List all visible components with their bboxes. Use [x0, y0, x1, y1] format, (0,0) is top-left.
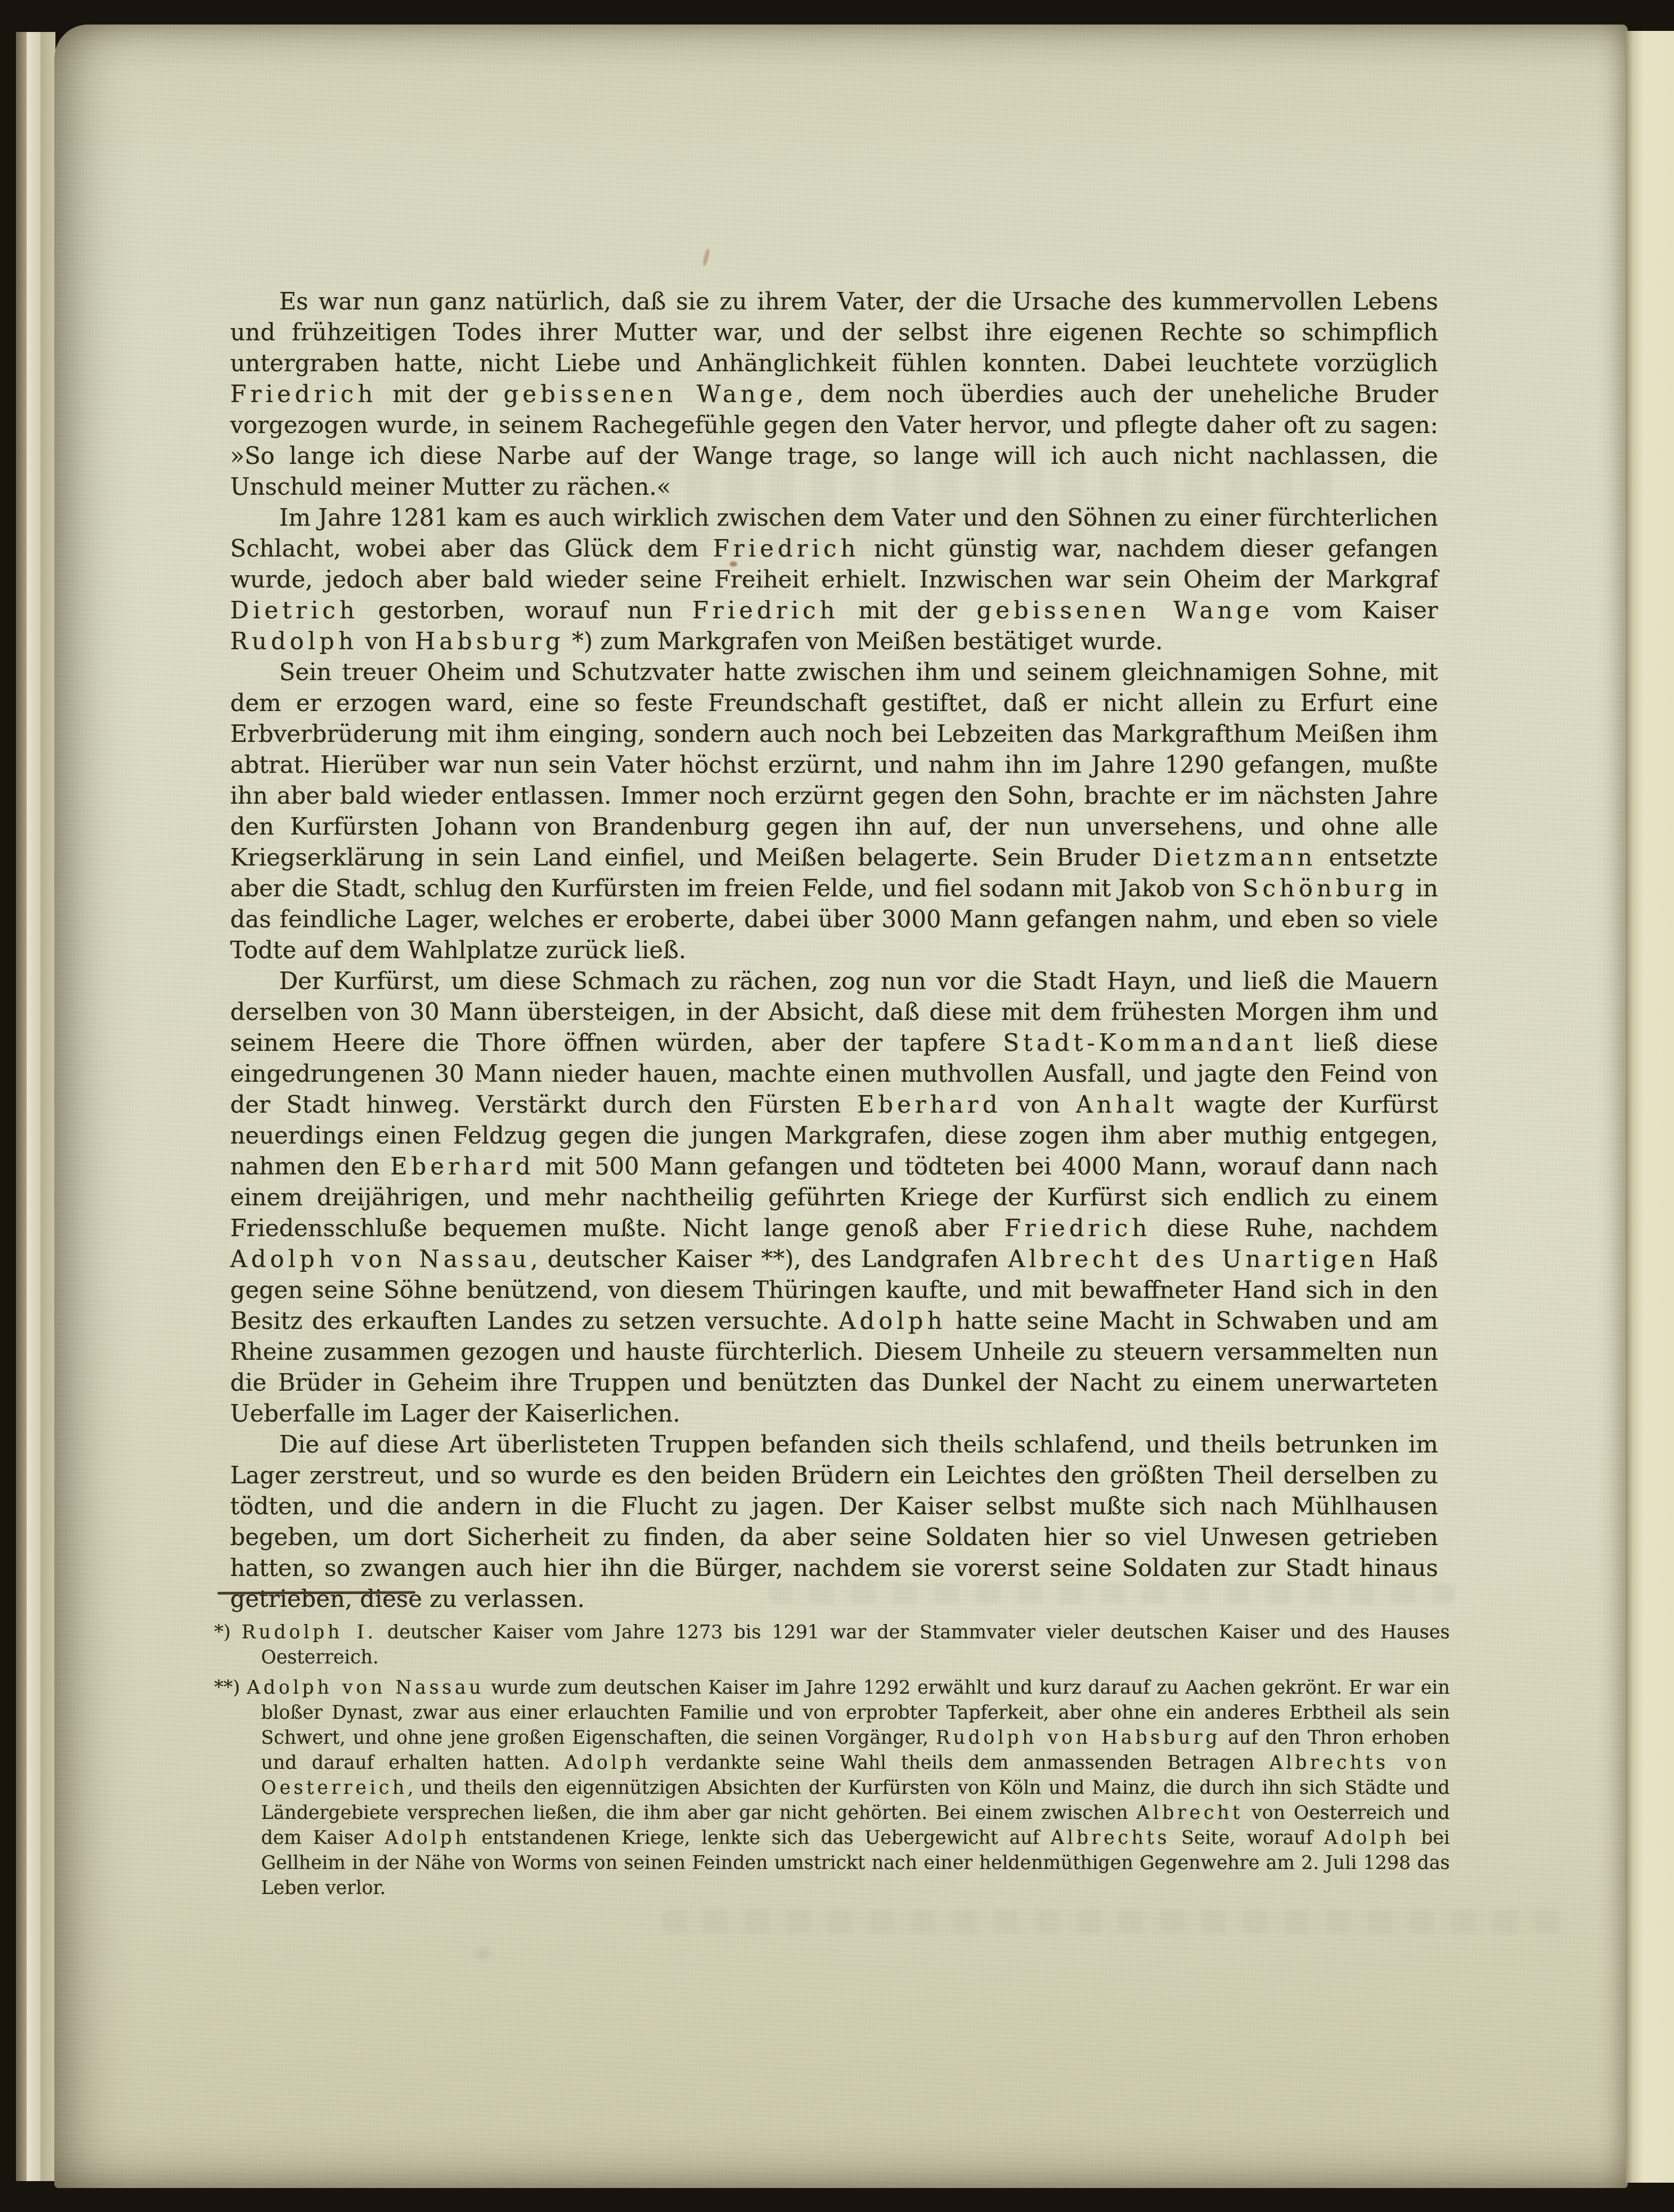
spaced-proper-name: Habsburg	[415, 628, 565, 655]
text-run: verdankte seine Wahl theils dem anmassen…	[650, 1752, 1269, 1774]
spaced-proper-name: Adolph	[839, 1308, 946, 1335]
book-scan: { "colors":{ "background":"#18130c", "pa…	[0, 0, 1674, 2212]
text-run: deutscher Kaiser vom Jahre 1273 bis 1291…	[261, 1622, 1450, 1668]
paper-speck	[702, 248, 711, 267]
footnote-marker: *)	[214, 1622, 241, 1643]
body-paragraph: Sein treuer Oheim und Schutzvater hatte …	[230, 657, 1438, 966]
spaced-proper-name: Albrecht	[1137, 1802, 1243, 1824]
spaced-proper-name: Adolph	[1324, 1827, 1410, 1849]
book-page: Es war nun ganz natürlich, daß sie zu ih…	[54, 25, 1628, 2188]
body-paragraph: Im Jahre 1281 kam es auch wirklich zwisc…	[230, 503, 1438, 657]
spaced-proper-name: Rudolph I.	[241, 1622, 376, 1643]
spaced-proper-name: Dietrich	[230, 597, 358, 624]
spaced-proper-name: Albrechts	[1051, 1827, 1170, 1849]
spaced-proper-name: gebissenen Wange	[503, 381, 796, 408]
text-run: Seite, worauf	[1170, 1827, 1324, 1849]
spaced-proper-name: Stadt-Kommandant	[1003, 1030, 1296, 1057]
spaced-proper-name: gebissenen Wange	[977, 597, 1273, 624]
spaced-proper-name: Dietzmann	[1152, 844, 1316, 871]
spaced-proper-name: Adolph	[385, 1827, 470, 1849]
show-through-page-number	[464, 1940, 502, 1968]
footnotes-block: *) Rudolph I. deutscher Kaiser vom Jahre…	[214, 1620, 1450, 1906]
text-run: mit der	[839, 597, 977, 624]
text-run: mit der	[377, 381, 503, 408]
stacked-page-edge	[16, 32, 27, 2181]
spaced-proper-name: Eberhard	[390, 1153, 535, 1180]
text-run: *) zum Markgrafen von Meißen bestätiget …	[565, 628, 1163, 655]
text-run: Die auf diese Art überlisteten Truppen b…	[230, 1431, 1438, 1613]
body-paragraph: Die auf diese Art überlisteten Truppen b…	[230, 1430, 1438, 1615]
text-run: von	[1001, 1091, 1076, 1119]
spaced-proper-name: Rudolph	[230, 628, 357, 655]
stacked-page-edge	[40, 32, 55, 2181]
spaced-proper-name: Friedrich	[230, 381, 377, 408]
footnote: **) Adolph von Nassau wurde zum deutsche…	[214, 1676, 1450, 1901]
text-run: Sein treuer Oheim und Schutzvater hatte …	[230, 659, 1438, 871]
spaced-proper-name: Friedrich	[713, 535, 859, 562]
show-through-ghost	[662, 1910, 1567, 1933]
spaced-proper-name: Eberhard	[857, 1091, 1001, 1119]
text-run: vom Kaiser	[1273, 597, 1438, 624]
text-run: gestorben, worauf nun	[358, 597, 692, 624]
footnote: *) Rudolph I. deutscher Kaiser vom Jahre…	[214, 1620, 1450, 1670]
spaced-proper-name: Adolph	[565, 1752, 650, 1774]
spaced-proper-name: Adolph von Nassau	[230, 1246, 530, 1273]
body-paragraph: Es war nun ganz natürlich, daß sie zu ih…	[230, 287, 1438, 503]
spaced-proper-name: Rudolph von Habsburg	[936, 1727, 1220, 1749]
text-block: Es war nun ganz natürlich, daß sie zu ih…	[230, 287, 1438, 1615]
spaced-proper-name: Anhalt	[1076, 1091, 1178, 1119]
body-paragraph: Der Kurfürst, um diese Schmach zu rächen…	[230, 966, 1438, 1430]
text-run: Es war nun ganz natürlich, daß sie zu ih…	[230, 288, 1438, 377]
spaced-proper-name: Friedrich	[1005, 1215, 1151, 1242]
text-run: diese Ruhe, nachdem	[1151, 1215, 1438, 1242]
spaced-proper-name: Adolph von Nassau	[247, 1677, 484, 1699]
text-run: , deutscher Kaiser **), des Landgrafen	[530, 1246, 1008, 1273]
spaced-proper-name: Albrecht des Unartigen	[1008, 1246, 1378, 1273]
spaced-proper-name: Schönburg	[1243, 875, 1408, 902]
footnote-marker: **)	[214, 1677, 247, 1699]
spaced-proper-name: Friedrich	[692, 597, 839, 624]
stacked-page-edge	[27, 32, 40, 2181]
text-run: von	[357, 628, 415, 655]
text-run: entstandenen Kriege, lenkte sich das Ueb…	[470, 1827, 1051, 1849]
next-page-edge	[1626, 31, 1674, 2183]
